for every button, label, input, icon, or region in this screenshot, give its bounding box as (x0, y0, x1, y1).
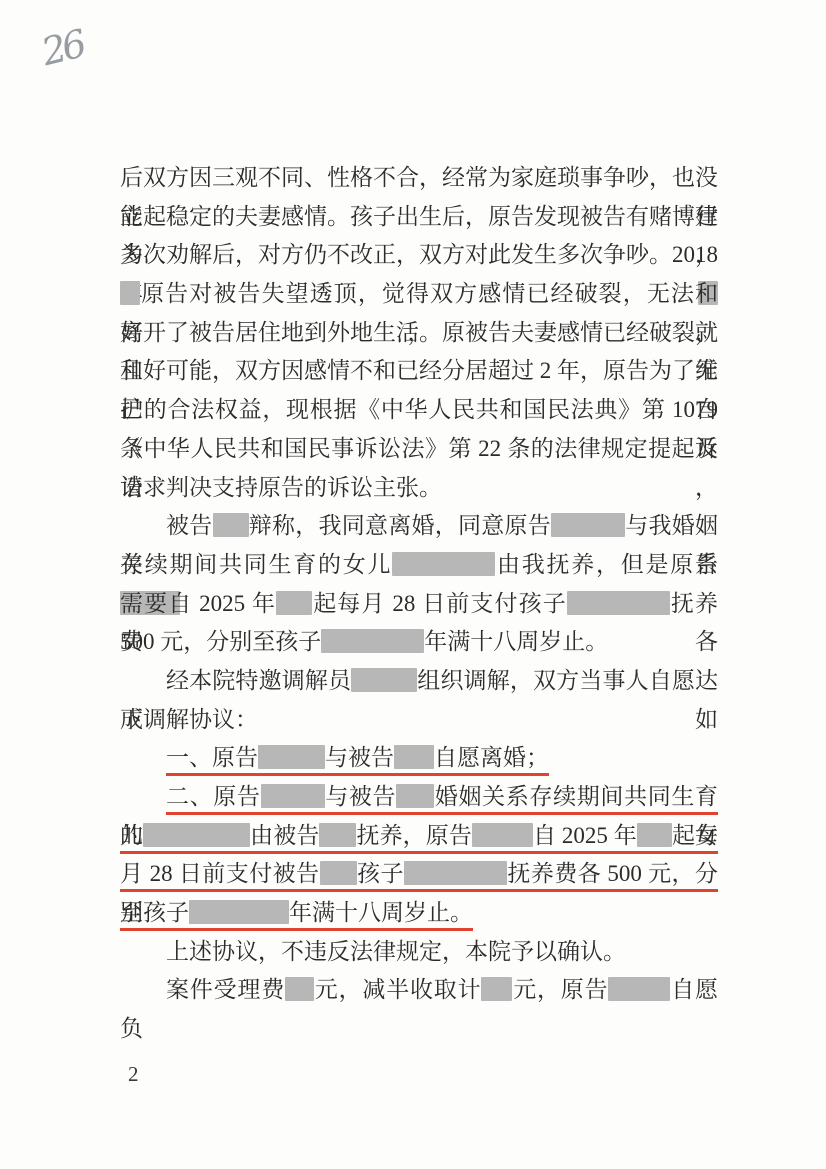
text-segment: 与被告 (325, 745, 394, 770)
text-segment: 上述协议，不违反法律规定，本院予以确认。 (166, 939, 626, 964)
line-content: 请求判决支持原告的诉讼主张。 (120, 475, 442, 500)
document-line: 己的合法权益，现根据《中华人民共和国民法典》第 1079 条及 (120, 391, 718, 430)
document-line-underlined: 二、原告与被告婚姻关系存续期间共同生育的女 (120, 778, 718, 817)
document-body: 后双方因三观不同、性格不合，经常为家庭琐事争吵，也没能建立起稳定的夫妻感情。孩子… (120, 159, 718, 1010)
document-line-underlined: 儿由被告抚养，原告自 2025 年起每 (120, 817, 718, 856)
line-content: 案件受理费元，减半收取计元，原告自愿负 (120, 977, 718, 1041)
redaction-box (608, 977, 670, 1001)
line-content: 上述协议，不违反法律规定，本院予以确认。 (120, 939, 626, 964)
text-segment: 由被告 (250, 823, 319, 848)
text-segment: 孩子 (357, 861, 404, 886)
line-content: 儿由被告抚养，原告自 2025 年起每 (120, 823, 718, 854)
redaction-box (189, 900, 289, 924)
document-line: 案件受理费元，减半收取计元，原告自愿负 (120, 971, 718, 1010)
text-segment: 起每 (672, 823, 718, 848)
redaction-box (394, 745, 434, 769)
text-segment: 元，原告 (512, 977, 608, 1002)
redaction-box (396, 784, 434, 808)
text-segment: 元，减半收取计 (314, 977, 481, 1002)
document-line: 和好可能，双方因感情不和已经分居超过 2 年，原告为了维护自 (120, 352, 718, 391)
line-content: 一、原告与被告自愿离婚； (166, 745, 549, 776)
document-line: 被告辩称，我同意离婚，同意原告与我婚姻关系 (120, 507, 718, 546)
text-segment: 由我抚养，但是原告 (495, 552, 718, 577)
document-line: 存续期间共同生育的女儿由我抚养，但是原告 (120, 546, 718, 585)
redaction-box (120, 281, 140, 305)
redaction-box (392, 552, 495, 576)
text-segment: 自 2025 年 (533, 823, 637, 848)
text-segment: 下调解协议： (120, 707, 258, 732)
text-segment: 自愿离婚； (434, 745, 549, 770)
document-line-underlined: 一、原告与被告自愿离婚； (120, 739, 718, 778)
text-segment: 案件受理费 (166, 977, 285, 1002)
document-line-underlined: 月 28 日前支付被告孩子抚养费各 500 元，分别 (120, 855, 718, 894)
text-segment: 二、原告 (166, 784, 261, 809)
document-line: 经本院特邀调解员组织调解，双方当事人自愿达成如 (120, 662, 718, 701)
document-line: 多次劝解后，对方仍不改正，双方对此发生多次争吵。2018 年 (120, 236, 718, 275)
text-segment: 儿 (120, 823, 143, 848)
text-segment: 年满十八周岁止。 (289, 900, 473, 925)
page-number: 2 (128, 1062, 139, 1087)
document-line: 《中华人民共和国民事诉讼法》第 22 条的法律规定提起诉讼， (120, 430, 718, 469)
text-segment: 辩称，我同意离婚，同意原告 (249, 513, 552, 538)
redaction-box (551, 513, 625, 537)
text-segment: 500 元，分别至孩子 (120, 629, 321, 654)
text-segment: 抚养，原告 (356, 823, 472, 848)
document-line-underlined: 至孩子年满十八周岁止。 (120, 894, 718, 933)
text-segment: 起每月 28 日前支付孩子 (312, 591, 567, 616)
redaction-box (637, 823, 672, 847)
document-line: 立起稳定的夫妻感情。孩子出生后，原告发现被告有赌博行为， (120, 198, 718, 237)
document-line: 后双方因三观不同、性格不合，经常为家庭琐事争吵，也没能建 (120, 159, 718, 198)
text-segment: 经本院特邀调解员 (166, 668, 351, 693)
text-segment: 被告 (166, 513, 213, 538)
redaction-box (143, 823, 250, 847)
line-content: 至孩子年满十八周岁止。 (120, 900, 473, 931)
redaction-box (285, 977, 314, 1001)
redaction-box (213, 513, 249, 537)
line-content: 500 元，分别至孩子年满十八周岁止。 (120, 629, 608, 654)
document-line: 原告对被告失望透顶，觉得双方感情已经破裂，无法和好，就 (120, 275, 718, 314)
redaction-box (567, 591, 670, 615)
redaction-box (351, 668, 417, 692)
redaction-box (319, 823, 356, 847)
redaction-box (321, 629, 424, 653)
document-line: 需要自 2025 年起每月 28 日前支付孩子抚养费各 (120, 585, 718, 624)
text-segment: 年满十八周岁止。 (424, 629, 608, 654)
redaction-box (404, 861, 507, 885)
text-segment: 请求判决支持原告的诉讼主张。 (120, 475, 442, 500)
redaction-box (472, 823, 533, 847)
document-line: 上述协议，不违反法律规定，本院予以确认。 (120, 933, 718, 972)
handwritten-page-mark: 26 (37, 22, 87, 74)
redaction-box (320, 861, 357, 885)
redaction-box (258, 745, 325, 769)
text-segment: 需要自 2025 年 (120, 591, 276, 616)
scanned-document-page: 26 后双方因三观不同、性格不合，经常为家庭琐事争吵，也没能建立起稳定的夫妻感情… (0, 0, 826, 1169)
text-segment: 至孩子 (120, 900, 189, 925)
redaction-box (261, 784, 325, 808)
text-segment: 月 28 日前支付被告 (120, 861, 320, 886)
text-segment: 与被告 (325, 784, 397, 809)
text-segment: 存续期间共同生育的女儿 (120, 552, 392, 577)
document-line: 离开了被告居住地到外地生活。原被告夫妻感情已经破裂，且无 (120, 314, 718, 353)
line-content: 下调解协议： (120, 707, 258, 732)
redaction-box (276, 591, 312, 615)
text-segment: 一、原告 (166, 745, 258, 770)
redaction-box (481, 977, 512, 1001)
